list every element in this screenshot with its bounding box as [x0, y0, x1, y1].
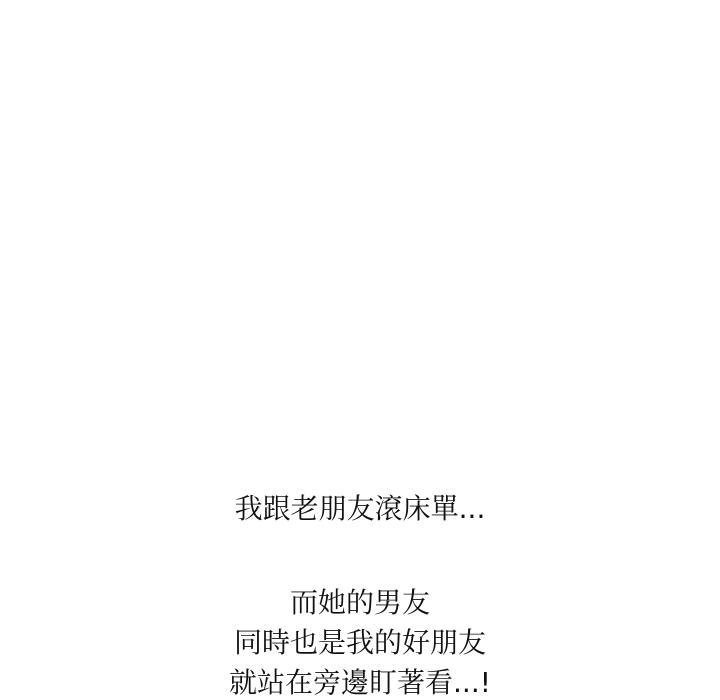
caption-line: 同時也是我的好朋友	[0, 623, 720, 663]
caption-block: 而她的男友 同時也是我的好朋友 就站在旁邊盯著看...!	[0, 583, 720, 700]
caption-line: 而她的男友	[0, 583, 720, 623]
caption-text: 我跟老朋友滾床單...	[0, 489, 720, 529]
comic-panel: 我跟老朋友滾床單... 而她的男友 同時也是我的好朋友 就站在旁邊盯著看...!	[0, 0, 720, 700]
caption-line: 就站在旁邊盯著看...!	[0, 663, 720, 700]
